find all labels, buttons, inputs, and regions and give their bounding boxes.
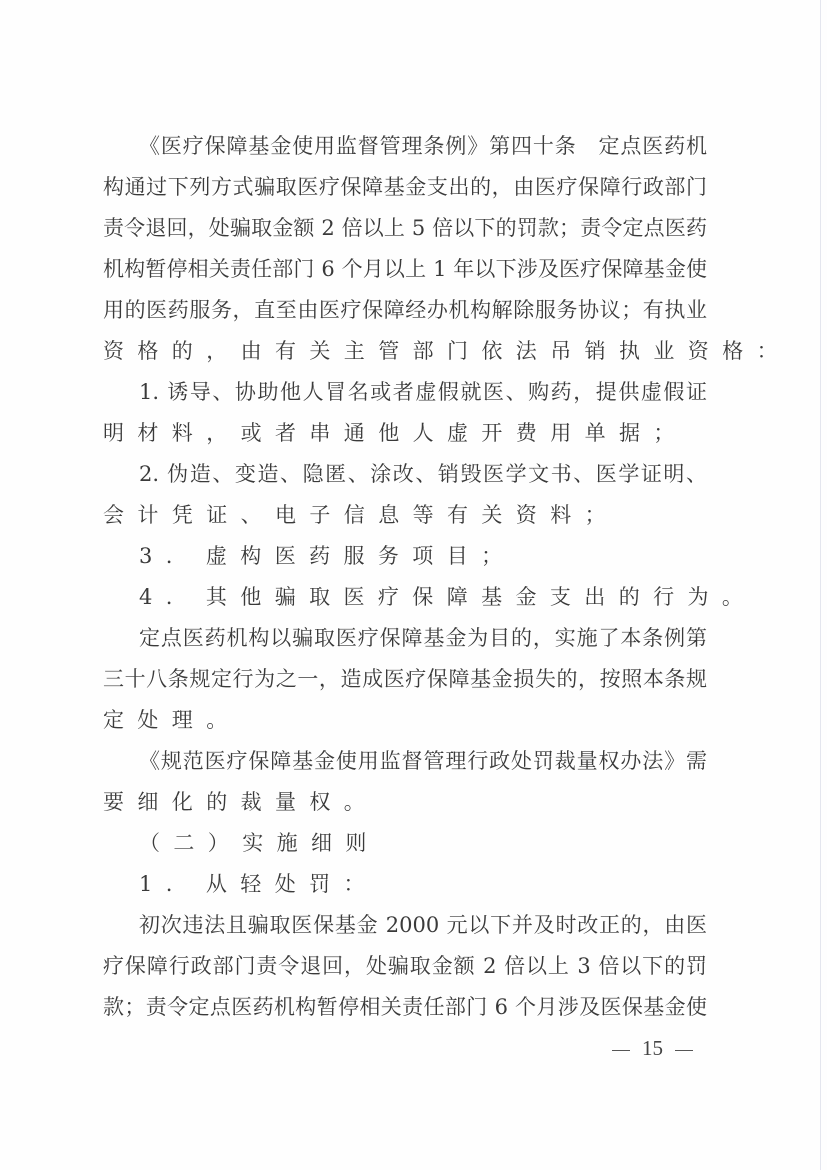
text-line: 用的医药服务，直至由医疗保障经办机构解除服务协议；有执业 — [103, 290, 707, 331]
paragraph-measures-reference: 《规范医疗保障基金使用监督管理行政处罚裁量权办法》需 要细化的裁量权。 — [103, 741, 707, 823]
list-item-2: 2. 伪造、变造、隐匿、涂改、销毁医学文书、医学证明、 会计凭证、电子信息等有关… — [103, 454, 707, 536]
text-line: 三十八条规定行为之一，造成医疗保障基金损失的，按照本条规 — [103, 659, 707, 700]
document-page: 《医疗保障基金使用监督管理条例》第四十条 定点医药机 构通过下列方式骗取医疗保障… — [0, 0, 827, 1170]
text-line: 定点医药机构以骗取医疗保障基金为目的，实施了本条例第 — [103, 618, 707, 659]
text-line: 疗保障行政部门责令退回，处骗取金额 2 倍以上 3 倍以下的罚 — [103, 946, 707, 987]
list-item-1: 1. 诱导、协助他人冒名或者虚假就医、购药，提供虚假证 明材料，或者串通他人虚开… — [103, 372, 707, 454]
page-number-value: 15 — [642, 1036, 663, 1060]
text-line: 机构暂停相关责任部门 6 个月以上 1 年以下涉及医疗保障基金使 — [103, 249, 707, 290]
text-line: 定处理。 — [103, 700, 707, 741]
heading-text: 1. 从轻处罚： — [103, 864, 707, 905]
list-item-4: 4. 其他骗取医疗保障基金支出的行为。 — [103, 577, 707, 618]
sub-heading-lenient: 1. 从轻处罚： — [103, 864, 707, 905]
text-line: 1. 诱导、协助他人冒名或者虚假就医、购药，提供虚假证 — [103, 372, 707, 413]
body-text: 《医疗保障基金使用监督管理条例》第四十条 定点医药机 构通过下列方式骗取医疗保障… — [103, 126, 707, 1028]
page-number: 15 — [600, 1036, 690, 1061]
text-line: 要细化的裁量权。 — [103, 782, 707, 823]
text-line: 《医疗保障基金使用监督管理条例》第四十条 定点医药机 — [103, 126, 707, 167]
text-line: 《规范医疗保障基金使用监督管理行政处罚裁量权办法》需 — [103, 741, 707, 782]
em-dash-left — [612, 1050, 630, 1051]
scan-edge-line — [820, 0, 821, 1170]
text-line: 构通过下列方式骗取医疗保障基金支出的，由医疗保障行政部门 — [103, 167, 707, 208]
text-line: 资格的，由有关主管部门依法吊销执业资格： — [103, 331, 707, 372]
section-heading: （二）实施细则 — [103, 823, 707, 864]
text-line: 责令退回，处骗取金额 2 倍以上 5 倍以下的罚款；责令定点医药 — [103, 208, 707, 249]
paragraph-purpose-clause: 定点医药机构以骗取医疗保障基金为目的，实施了本条例第 三十八条规定行为之一，造成… — [103, 618, 707, 741]
em-dash-right — [675, 1050, 693, 1051]
paragraph-article-40: 《医疗保障基金使用监督管理条例》第四十条 定点医药机 构通过下列方式骗取医疗保障… — [103, 126, 707, 372]
paragraph-lenient-detail: 初次违法且骗取医保基金 2000 元以下并及时改正的，由医 疗保障行政部门责令退… — [103, 905, 707, 1028]
text-line: 3. 虚构医药服务项目； — [103, 536, 707, 577]
heading-text: （二）实施细则 — [103, 823, 707, 864]
text-line: 明材料，或者串通他人虚开费用单据； — [103, 413, 707, 454]
text-line: 会计凭证、电子信息等有关资料； — [103, 495, 707, 536]
text-line: 初次违法且骗取医保基金 2000 元以下并及时改正的，由医 — [103, 905, 707, 946]
text-line: 款；责令定点医药机构暂停相关责任部门 6 个月涉及医保基金使 — [103, 987, 707, 1028]
text-line: 4. 其他骗取医疗保障基金支出的行为。 — [103, 577, 707, 618]
text-line: 2. 伪造、变造、隐匿、涂改、销毁医学文书、医学证明、 — [103, 454, 707, 495]
list-item-3: 3. 虚构医药服务项目； — [103, 536, 707, 577]
